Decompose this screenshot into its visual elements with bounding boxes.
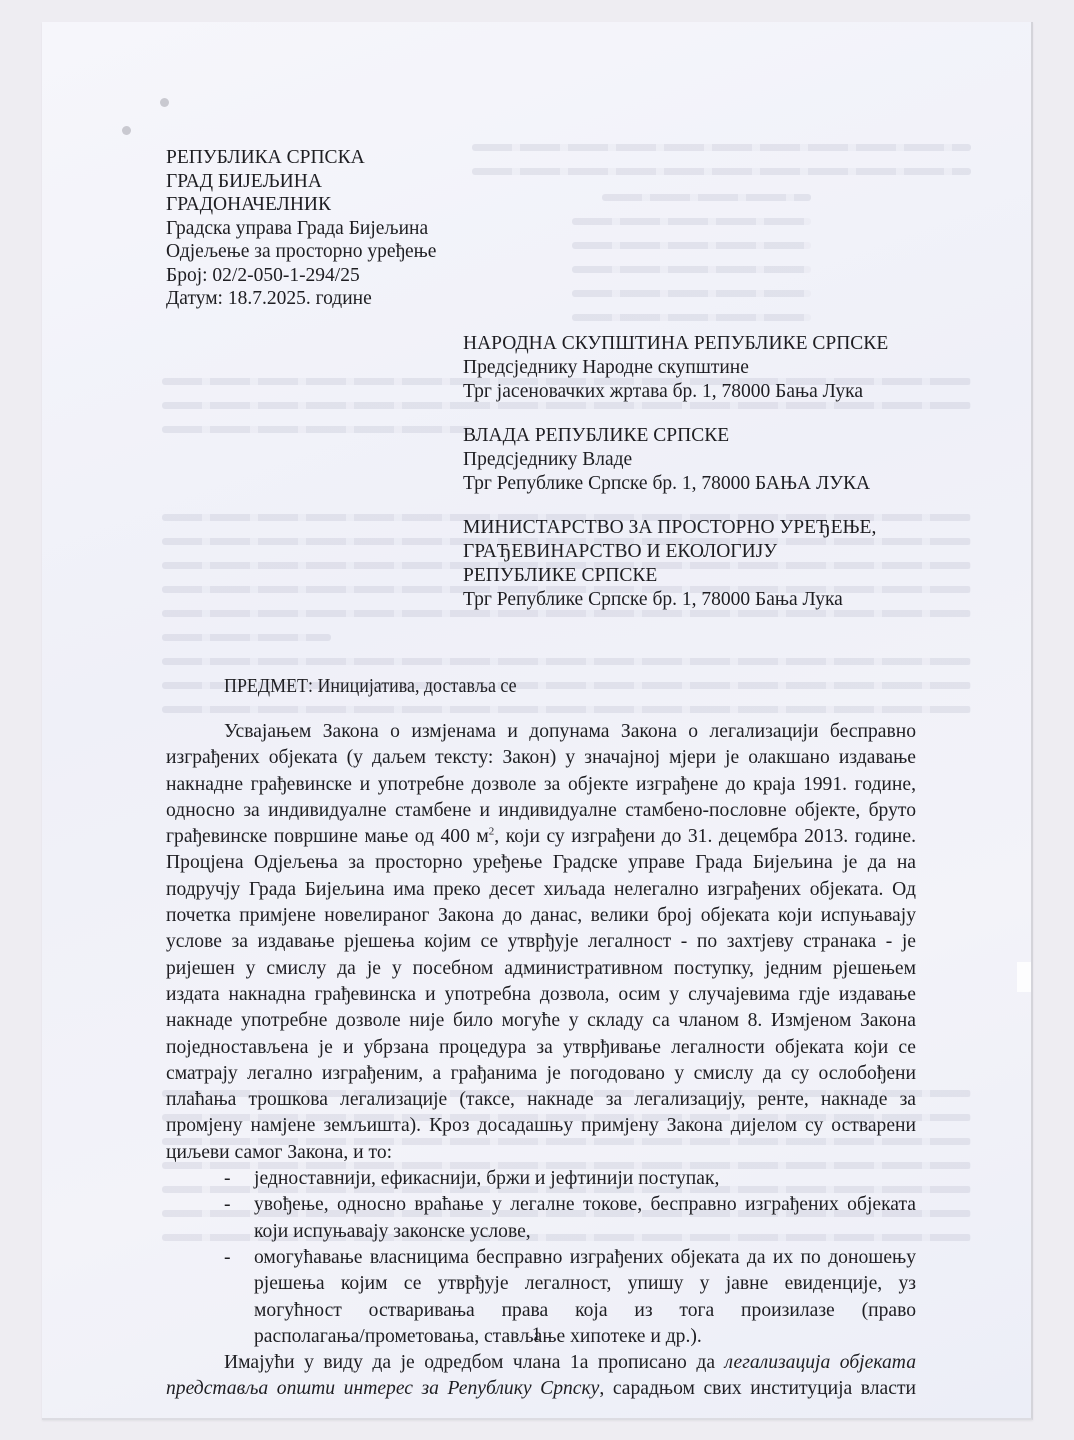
bullet-line: могућност остваривања права која из тога… bbox=[254, 1298, 916, 1324]
body-text: Усвајањем Закона о измјенама и допунама … bbox=[166, 719, 916, 1403]
sender-line: Одјељење за просторно уређење bbox=[166, 240, 436, 264]
body-line: ријешен у смислу да је у посебном админи… bbox=[166, 956, 916, 982]
show-through bbox=[572, 314, 811, 321]
document-date: Датум: 18.7.2025. године bbox=[166, 287, 436, 311]
recipient-government: ВЛАДА РЕПУБЛИКЕ СРПСКЕ Предсједнику Влад… bbox=[463, 424, 888, 496]
bullet-line: рјешења којим се утврђује легалност, упи… bbox=[254, 1271, 916, 1297]
staple-mark bbox=[122, 126, 131, 135]
bullet-dash: - bbox=[224, 1192, 231, 1218]
sender-line: ГРАД БИЈЕЉИНА bbox=[166, 170, 436, 194]
recipient-address: Трг Републике Српске бр. 1, 78000 БАЊА Л… bbox=[463, 472, 888, 496]
recipient-name: МИНИСТАРСТВО ЗА ПРОСТОРНО УРЕЂЕЊЕ, bbox=[463, 516, 888, 540]
body-line: услове за издавање рјешења којим се утвр… bbox=[166, 929, 916, 955]
page-number: 1 bbox=[42, 1324, 1031, 1346]
sender-line: РЕПУБЛИКА СРПСКА bbox=[166, 146, 436, 170]
show-through bbox=[472, 168, 971, 175]
bullet-line: једноставнији, ефикаснији, бржи и јефтин… bbox=[254, 1166, 916, 1192]
subject-line: ПРЕДМЕТ: Иницијатива, доставља се bbox=[224, 676, 517, 698]
bullet-line: који испуњавају законске услове, bbox=[254, 1219, 916, 1245]
bullet-dash: - bbox=[224, 1166, 231, 1192]
emphasis-text: легализација објеката bbox=[725, 1352, 916, 1373]
body-fragment: , сарадњом свих институција власти bbox=[599, 1378, 916, 1399]
body-line: изграђених објеката (у даљем тексту: Зак… bbox=[166, 745, 916, 771]
recipients-block: НАРОДНА СКУПШТИНА РЕПУБЛИКЕ СРПСКЕ Предс… bbox=[463, 332, 888, 632]
recipient-attention: Предсједнику Владе bbox=[463, 448, 888, 472]
show-through bbox=[572, 218, 811, 225]
body-line: поједностављена је и убрзана процедура з… bbox=[166, 1035, 916, 1061]
recipient-name: ГРАЂЕВИНАРСТВО И ЕКОЛОГИЈУ bbox=[463, 540, 888, 564]
show-through bbox=[162, 426, 471, 433]
body-line: циљеви самог Закона, и то: bbox=[166, 1140, 916, 1166]
bullet-item: - једноставнији, ефикаснији, бржи и јефт… bbox=[166, 1166, 916, 1192]
body-fragment: , који су изграђени до 31. децембра 2013… bbox=[494, 826, 916, 847]
show-through bbox=[572, 290, 811, 297]
body-line: Имајући у виду да је одредбом члана 1а п… bbox=[166, 1350, 916, 1376]
sender-block: РЕПУБЛИКА СРПСКА ГРАД БИЈЕЉИНА ГРАДОНАЧЕ… bbox=[166, 146, 436, 311]
show-through bbox=[602, 194, 811, 201]
recipient-ministry: МИНИСТАРСТВО ЗА ПРОСТОРНО УРЕЂЕЊЕ, ГРАЂЕ… bbox=[463, 516, 888, 612]
show-through bbox=[162, 658, 971, 665]
bullet-dash: - bbox=[224, 1245, 231, 1271]
show-through bbox=[162, 706, 971, 713]
recipient-name: НАРОДНА СКУПШТИНА РЕПУБЛИКЕ СРПСКЕ bbox=[463, 332, 888, 356]
body-line: накнаде употребне дозволе није било могу… bbox=[166, 1008, 916, 1034]
recipient-address: Трг јасеновачких жртава бр. 1, 78000 Бањ… bbox=[463, 380, 888, 404]
bullet-line: омогућавање власницима бесправно изграђе… bbox=[254, 1245, 916, 1271]
body-line: почетка примјене новелираног Закона до д… bbox=[166, 903, 916, 929]
body-fragment: грађевинске површине мање од 400 м bbox=[166, 826, 489, 847]
show-through bbox=[572, 242, 811, 249]
body-line: Процјена Одјељења за просторно уређење Г… bbox=[166, 850, 916, 876]
body-line: издата накнадна грађевинска и употребна … bbox=[166, 982, 916, 1008]
reference-number: Број: 02/2-050-1-294/25 bbox=[166, 264, 436, 288]
body-line: односно за индивидуалне стамбене и индив… bbox=[166, 798, 916, 824]
show-through bbox=[472, 144, 971, 151]
body-line: представља општи интерес за Републику Ср… bbox=[166, 1376, 916, 1402]
recipient-name: ВЛАДА РЕПУБЛИКЕ СРПСКЕ bbox=[463, 424, 888, 448]
sender-line: Градска управа Града Бијељина bbox=[166, 217, 436, 241]
body-line: грађевинске површине мање од 400 м2, кој… bbox=[166, 824, 916, 850]
body-line: подручју Града Бијељина има преко десет … bbox=[166, 877, 916, 903]
paper-edge-mark bbox=[1017, 962, 1031, 992]
show-through bbox=[572, 266, 811, 273]
show-through bbox=[162, 634, 331, 641]
bullet-line: увођење, односно враћање у легалне токов… bbox=[254, 1192, 916, 1218]
recipient-address: Трг Републике Српске бр. 1, 78000 Бања Л… bbox=[463, 588, 888, 612]
body-line: сматрају легално изграђеним, а грађанима… bbox=[166, 1061, 916, 1087]
recipient-name: РЕПУБЛИКЕ СРПСКЕ bbox=[463, 564, 888, 588]
emphasis-text: представља општи интерес за Републику Ср… bbox=[166, 1378, 599, 1399]
staple-mark bbox=[160, 98, 169, 107]
sender-line: ГРАДОНАЧЕЛНИК bbox=[166, 193, 436, 217]
body-line: Усвајањем Закона о измјенама и допунама … bbox=[166, 719, 916, 745]
body-line: накнадне грађевинске и употребне дозволе… bbox=[166, 772, 916, 798]
recipient-national-assembly: НАРОДНА СКУПШТИНА РЕПУБЛИКЕ СРПСКЕ Предс… bbox=[463, 332, 888, 404]
recipient-attention: Предсједнику Народне скупштине bbox=[463, 356, 888, 380]
body-line: промјену намјене земљишта). Кроз досадаш… bbox=[166, 1113, 916, 1139]
bullet-item: - увођење, односно враћање у легалне ток… bbox=[166, 1192, 916, 1245]
document-page: РЕПУБЛИКА СРПСКА ГРАД БИЈЕЉИНА ГРАДОНАЧЕ… bbox=[42, 22, 1033, 1420]
body-line: плаћања трошкова легализације (таксе, на… bbox=[166, 1087, 916, 1113]
body-fragment: Имајући у виду да је одредбом члана 1а п… bbox=[224, 1352, 725, 1373]
